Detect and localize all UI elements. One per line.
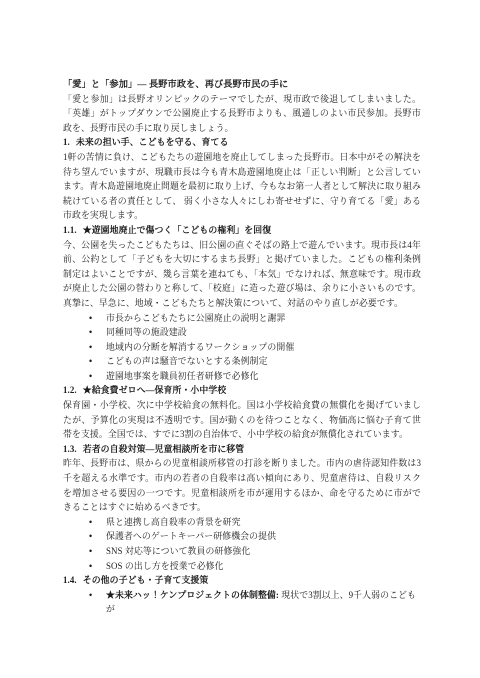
section-number: 1.1. [63,225,77,235]
bullet-item: 遊園地事案を職員初任者研修で必修化 [63,369,421,384]
section-heading: 1.2.★給食費ゼロへ—保育所・小中学校 [63,383,421,398]
document-title: 「愛」と「参加」— 長野市政を、再び長野市民の手に [63,77,421,92]
section-paragraph: 今、公園を失ったこどもたちは、旧公園の直ぐそばの路上で遊んでいます。現市長は4年… [63,238,421,311]
section-paragraph: 保育園・小学校、次に中学校給食の無料化。国は小学校給食費の無償化を掲げていました… [63,398,421,442]
section-heading-text: その他の子ども・子育て支援策 [83,575,209,585]
section-heading-text: 未来の担い手、こどもを守る、育てる [76,137,229,147]
section-heading-text: ★給食費ゼロへ—保育所・小中学校 [83,385,227,395]
bullet-item: 地域内の分断を解消するワークショップの開催 [63,340,421,355]
section-paragraphs: 1軒の苦情に負け、こどもたちの遊園地を廃止してしまった長野市。日本中がその解決を… [63,150,421,223]
section-paragraph: 昨年、長野市は、県からの児童相談所移管の打診を断りました。市内の虐待認知件数は3… [63,456,421,514]
section-paragraphs: 昨年、長野市は、県からの児童相談所移管の打診を断りました。市内の虐待認知件数は3… [63,456,421,514]
section-bullet-list: 県と連携し高自殺率の背景を研究保護者へのゲートキーパー研修機会の提供SNS 対応… [63,515,421,573]
document-section: 1.3.若者の自殺対策—児童相談所を市に移管 昨年、長野市は、県からの児童相談所… [63,442,421,573]
bullet-item: SNS 対応等について教員の研修強化 [63,544,421,559]
section-heading-text: 若者の自殺対策—児童相談所を市に移管 [83,444,245,454]
document-content: 「愛」と「参加」— 長野市政を、再び長野市民の手に 「愛と参加」は長野オリンピッ… [63,77,421,617]
section-number: 1.4. [63,575,77,585]
bullet-item: こどもの声は騒音でないとする条例制定 [63,354,421,369]
section-paragraph: 1軒の苦情に負け、こどもたちの遊園地を廃止してしまった長野市。日本中がその解決を… [63,150,421,223]
bullet-item: 保護者へのゲートキーパー研修機会の提供 [63,529,421,544]
document-section: 1.2.★給食費ゼロへ—保育所・小中学校 保育園・小学校、次に中学校給食の無料化… [63,383,421,441]
sections: 1.未来の担い手、こどもを守る、育てる 1軒の苦情に負け、こどもたちの遊園地を廃… [63,135,421,617]
section-heading-text: ★遊園地廃止で傷つく「こどもの権利」を回復 [83,225,271,235]
section-number: 1.3. [63,444,77,454]
document-section: 1.1.★遊園地廃止で傷つく「こどもの権利」を回復 今、公園を失ったこどもたちは… [63,223,421,384]
section-bullet-list: 市長からこどもたちに公園廃止の説明と謝罪同種同等の施設建設地域内の分断を解消する… [63,311,421,384]
bullet-item: SOS の出し方を授業で必修化 [63,559,421,574]
bullet-item: 県と連携し高自殺率の背景を研究 [63,515,421,530]
bullet-item: 同種同等の施設建設 [63,325,421,340]
intro-paragraph: 「愛と参加」は長野オリンピックのテーマでしたが、現市政で後退してしまいました。「… [63,92,421,136]
bullet-lead: ★未来ハッ！ケンプロジェクトの体制整備: [106,590,279,600]
section-bullet-list: ★未来ハッ！ケンプロジェクトの体制整備: 現状で3割以上、9千人弱のこどもが [63,588,421,617]
section-paragraphs: 保育園・小学校、次に中学校給食の無料化。国は小学校給食費の無償化を掲げていました… [63,398,421,442]
bullet-item: 市長からこどもたちに公園廃止の説明と謝罪 [63,311,421,326]
section-heading: 1.未来の担い手、こどもを守る、育てる [63,135,421,150]
section-number: 1. [63,137,70,147]
document-section: 1.4.その他の子ども・子育て支援策 ★未来ハッ！ケンプロジェクトの体制整備: … [63,573,421,617]
section-heading: 1.4.その他の子ども・子育て支援策 [63,573,421,588]
bullet-item: ★未来ハッ！ケンプロジェクトの体制整備: 現状で3割以上、9千人弱のこどもが [63,588,421,617]
section-number: 1.2. [63,385,77,395]
document-page: 「愛」と「参加」— 長野市政を、再び長野市民の手に 「愛と参加」は長野オリンピッ… [0,0,480,678]
section-heading: 1.3.若者の自殺対策—児童相談所を市に移管 [63,442,421,457]
document-section: 1.未来の担い手、こどもを守る、育てる 1軒の苦情に負け、こどもたちの遊園地を廃… [63,135,421,223]
section-heading: 1.1.★遊園地廃止で傷つく「こどもの権利」を回復 [63,223,421,238]
section-paragraphs: 今、公園を失ったこどもたちは、旧公園の直ぐそばの路上で遊んでいます。現市長は4年… [63,238,421,311]
